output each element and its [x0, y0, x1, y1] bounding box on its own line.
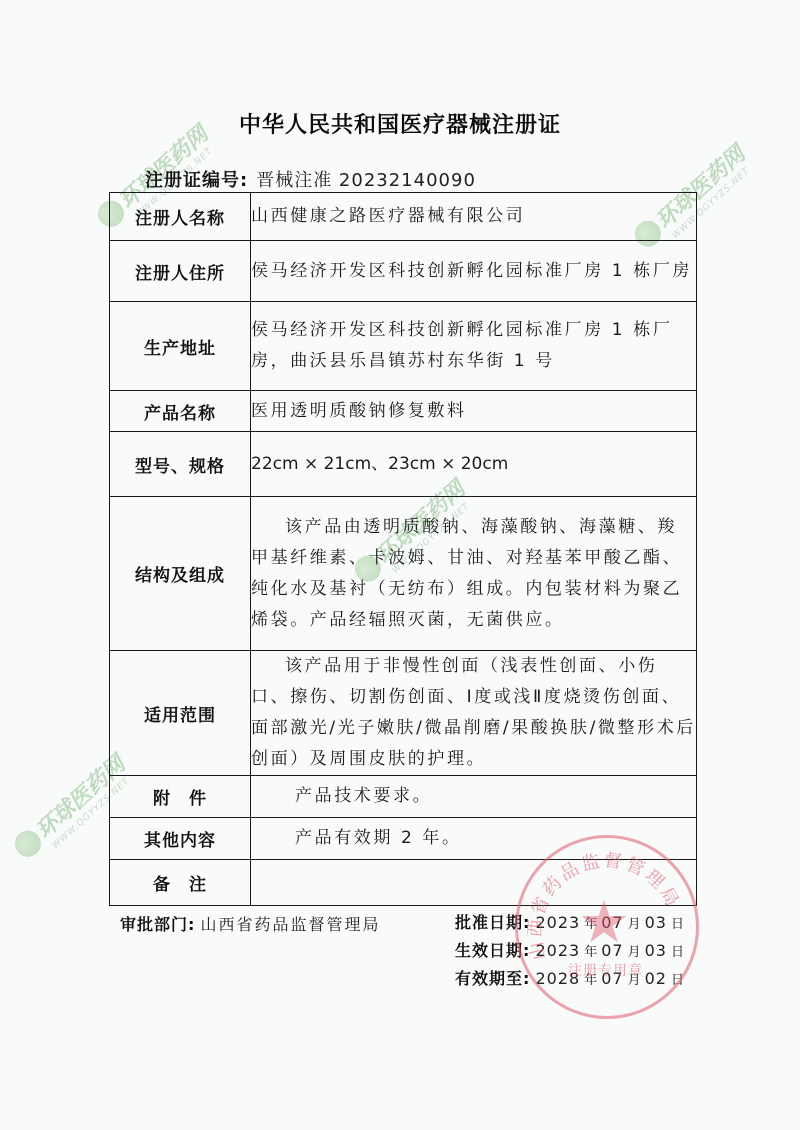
- effective-year: 2023: [536, 941, 581, 960]
- table-row-other: 其他内容 产品有效期 2 年。: [110, 818, 697, 860]
- table-row-attachment: 附 件 产品技术要求。: [110, 776, 697, 818]
- table-row-production-address: 生产地址 侯马经济开发区科技创新孵化园标准厂房 1 栋厂房，曲沃县乐昌镇苏村东华…: [110, 302, 697, 391]
- table-row-product-name: 产品名称 医用透明质酸钠修复敷料: [110, 391, 697, 432]
- year-unit: 年: [584, 973, 597, 988]
- day-unit: 日: [671, 973, 684, 988]
- row-value: 产品有效期 2 年。: [251, 818, 697, 860]
- row-label: 型号、规格: [110, 432, 251, 497]
- row-label: 结构及组成: [110, 497, 251, 651]
- table-row-registrant-name: 注册人名称 山西健康之路医疗器械有限公司: [110, 193, 697, 241]
- approval-date: 批准日期: 2023年07月03日: [455, 910, 688, 938]
- year-unit: 年: [584, 917, 597, 932]
- document-title: 中华人民共和国医疗器械注册证: [0, 108, 800, 139]
- row-label: 注册人名称: [110, 193, 251, 241]
- year-unit: 年: [584, 945, 597, 960]
- table-row-registrant-address: 注册人住所 侯马经济开发区科技创新孵化园标准厂房 1 栋厂房: [110, 241, 697, 302]
- row-label: 注册人住所: [110, 241, 251, 302]
- row-label: 备 注: [110, 860, 251, 906]
- row-value: 山西健康之路医疗器械有限公司: [251, 193, 697, 241]
- approval-department-label: 审批部门:: [120, 915, 195, 934]
- approval-department-value: 山西省药品监督管理局: [201, 915, 381, 934]
- row-value: 22cm × 21cm、23cm × 20cm: [251, 432, 697, 497]
- day-unit: 日: [671, 917, 684, 932]
- row-label: 附 件: [110, 776, 251, 818]
- month-unit: 月: [628, 945, 641, 960]
- expiry-date-label: 有效期至:: [455, 969, 530, 988]
- effective-date: 生效日期: 2023年07月03日: [455, 938, 688, 966]
- effective-date-label: 生效日期:: [455, 941, 530, 960]
- approval-date-label: 批准日期:: [455, 913, 530, 932]
- certificate-page: 环球医药网 WWW.QGYYZS.NET 环球医药网 WWW.QGYYZS.NE…: [0, 0, 800, 1130]
- certificate-table: 注册人名称 山西健康之路医疗器械有限公司 注册人住所 侯马经济开发区科技创新孵化…: [109, 192, 697, 906]
- effective-month: 07: [601, 941, 623, 960]
- row-value: 侯马经济开发区科技创新孵化园标准厂房 1 栋厂房: [251, 241, 697, 302]
- effective-day: 03: [645, 941, 667, 960]
- row-label: 产品名称: [110, 391, 251, 432]
- row-value: [251, 860, 697, 906]
- row-value: 该产品由透明质酸钠、海藻酸钠、海藻糖、羧甲基纤维素、卡波姆、甘油、对羟基苯甲酸乙…: [251, 497, 697, 651]
- approval-year: 2023: [536, 913, 581, 932]
- row-value: 医用透明质酸钠修复敷料: [251, 391, 697, 432]
- row-value: 该产品用于非慢性创面（浅表性创面、小伤口、擦伤、切割伤创面、Ⅰ度或浅Ⅱ度烧烫伤创…: [251, 651, 697, 776]
- expiry-year: 2028: [536, 969, 581, 988]
- dates-block: 批准日期: 2023年07月03日 生效日期: 2023年07月03日 有效期至…: [455, 910, 688, 994]
- expiry-date: 有效期至: 2028年07月02日: [455, 966, 688, 994]
- row-value: 产品技术要求。: [251, 776, 697, 818]
- table-row-model-spec: 型号、规格 22cm × 21cm、23cm × 20cm: [110, 432, 697, 497]
- table-row-remarks: 备 注: [110, 860, 697, 906]
- table-row-scope: 适用范围 该产品用于非慢性创面（浅表性创面、小伤口、擦伤、切割伤创面、Ⅰ度或浅Ⅱ…: [110, 651, 697, 776]
- row-label: 生产地址: [110, 302, 251, 391]
- registration-number: 注册证编号:晋械注准 20232140090: [145, 166, 476, 192]
- approval-day: 03: [645, 913, 667, 932]
- row-value: 侯马经济开发区科技创新孵化园标准厂房 1 栋厂房，曲沃县乐昌镇苏村东华街 1 号: [251, 302, 697, 391]
- approval-department: 审批部门: 山西省药品监督管理局: [120, 912, 381, 935]
- month-unit: 月: [628, 973, 641, 988]
- expiry-month: 07: [601, 969, 623, 988]
- approval-month: 07: [601, 913, 623, 932]
- spec-text: 22cm × 21cm、23cm × 20cm: [251, 454, 508, 474]
- day-unit: 日: [671, 945, 684, 960]
- expiry-day: 02: [645, 969, 667, 988]
- registration-number-value: 晋械注准 20232140090: [256, 170, 476, 191]
- registration-number-label: 注册证编号:: [145, 170, 248, 191]
- globe-logo-icon: [9, 825, 46, 862]
- table-row-structure: 结构及组成 该产品由透明质酸钠、海藻酸钠、海藻糖、羧甲基纤维素、卡波姆、甘油、对…: [110, 497, 697, 651]
- month-unit: 月: [628, 917, 641, 932]
- row-label: 适用范围: [110, 651, 251, 776]
- row-label: 其他内容: [110, 818, 251, 860]
